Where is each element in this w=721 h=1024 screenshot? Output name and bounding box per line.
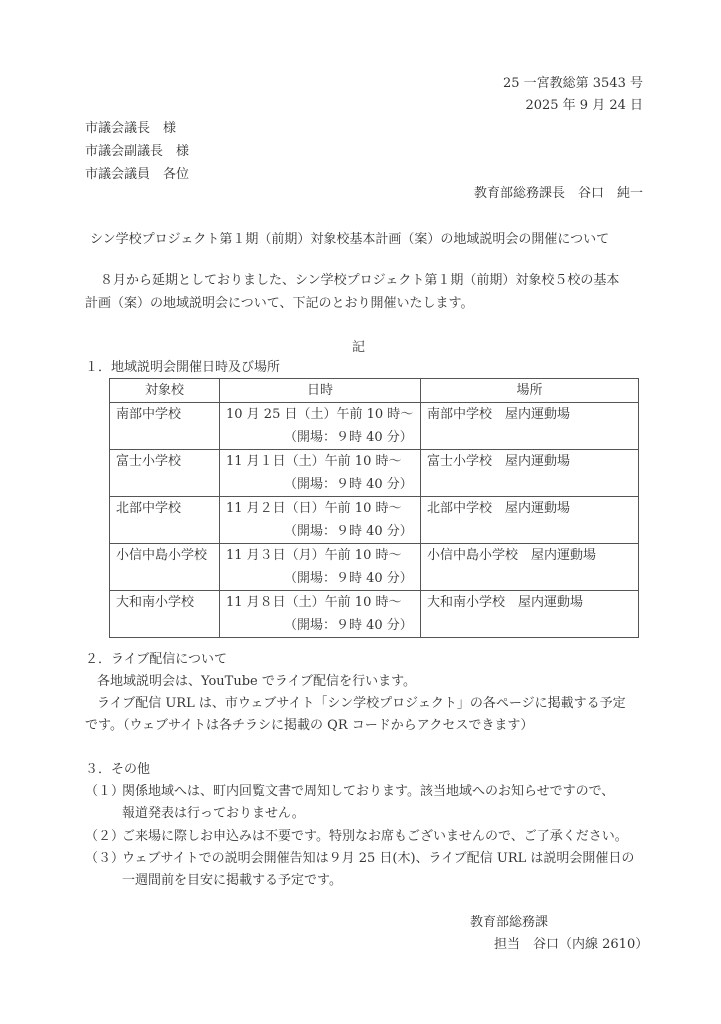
datetime-open: （開場：９時 40 分） — [226, 567, 414, 590]
cell-school: 大和南小学校 — [110, 591, 220, 638]
cell-place: 南部中学校 屋内運動場 — [421, 403, 639, 450]
section2-heading: ２．ライブ配信について — [85, 650, 227, 670]
cell-place: 北部中学校 屋内運動場 — [421, 497, 639, 544]
section2-line-2: ライブ配信 URL は、市ウェブサイト「シン学校プロジェクト」の各ページに掲載す… — [97, 694, 626, 714]
document-number: 25 一宮教総第 3543 号 — [503, 74, 643, 94]
section1-heading: １．地域説明会開催日時及び場所 — [85, 358, 280, 378]
cell-place: 富士小学校 屋内運動場 — [421, 450, 639, 497]
header-place: 場所 — [421, 379, 639, 403]
datetime-start: 11 月１日（土）午前 10 時～ — [226, 450, 414, 473]
cell-school: 小信中島小学校 — [110, 544, 220, 591]
section3-item-3-number: （３） — [85, 849, 124, 869]
section3-item-3-line-1: ウェブサイトでの説明会開催告知は９月 25 日(木)、ライブ配信 URL は説明… — [122, 849, 634, 869]
datetime-start: 11 月３日（月）午前 10 時～ — [226, 544, 414, 567]
datetime-open: （開場：９時 40 分） — [226, 614, 414, 637]
cell-datetime: 10 月 25 日（土）午前 10 時～ （開場：９時 40 分） — [220, 403, 421, 450]
datetime-start: 11 月８日（土）午前 10 時～ — [226, 591, 414, 614]
intro-line-1: ８月から延期としておりました、シン学校プロジェクト第１期（前期）対象校５校の基本 — [100, 271, 619, 291]
cell-datetime: 11 月８日（土）午前 10 時～ （開場：９時 40 分） — [220, 591, 421, 638]
section3-item-1-line-1: 関係地域へは、町内回覧文書で周知しております。該当地域へのお知らせですので、 — [122, 782, 614, 802]
cell-school: 富士小学校 — [110, 450, 220, 497]
footer-department: 教育部総務課 — [470, 913, 548, 933]
table-row: 南部中学校 10 月 25 日（土）午前 10 時～ （開場：９時 40 分） … — [110, 403, 639, 450]
section2-line-1: 各地域説明会は、YouTube でライブ配信を行います。 — [97, 672, 416, 692]
datetime-open: （開場：９時 40 分） — [226, 520, 414, 543]
datetime-start: 10 月 25 日（土）午前 10 時～ — [226, 403, 414, 426]
table-row: 大和南小学校 11 月８日（土）午前 10 時～ （開場：９時 40 分） 大和… — [110, 591, 639, 638]
section2-line-3: です。（ウェブサイトは各チラシに掲載の QR コードからアクセスできます） — [85, 716, 533, 736]
section3-item-1-number: （１） — [85, 782, 124, 802]
datetime-open: （開場：９時 40 分） — [226, 426, 414, 449]
datetime-start: 11 月２日（日）午前 10 時～ — [226, 497, 414, 520]
table-row: 富士小学校 11 月１日（土）午前 10 時～ （開場：９時 40 分） 富士小… — [110, 450, 639, 497]
addressee-vice-chair: 市議会副議長 様 — [85, 142, 189, 162]
addressee-chair: 市議会議長 様 — [85, 119, 176, 139]
table-row: 小信中島小学校 11 月３日（月）午前 10 時～ （開場：９時 40 分） 小… — [110, 544, 639, 591]
datetime-open: （開場：９時 40 分） — [226, 473, 414, 496]
cell-school: 北部中学校 — [110, 497, 220, 544]
section3-item-2-line-1: ご来場に際しお申込みは不要です。特別なお席もございませんので、ご了承ください。 — [122, 827, 628, 847]
table-header-row: 対象校 日時 場所 — [110, 379, 639, 403]
document-date: 2025 年 9 月 24 日 — [525, 96, 643, 116]
table-row: 北部中学校 11 月２日（日）午前 10 時～ （開場：９時 40 分） 北部中… — [110, 497, 639, 544]
document-title: シン学校プロジェクト第１期（前期）対象校基本計画（案）の地域説明会の開催について — [90, 230, 609, 250]
header-datetime: 日時 — [220, 379, 421, 403]
addressee-members: 市議会議員 各位 — [85, 165, 189, 185]
section3-item-1-line-2: 報道発表は行っておりません。 — [122, 804, 305, 824]
intro-line-2: 計画（案）の地域説明会について、下記のとおり開催いたします。 — [85, 294, 473, 314]
cell-school: 南部中学校 — [110, 403, 220, 450]
header-school: 対象校 — [110, 379, 220, 403]
section3-heading: ３．その他 — [85, 760, 150, 780]
cell-datetime: 11 月２日（日）午前 10 時～ （開場：９時 40 分） — [220, 497, 421, 544]
footer-contact: 担当 谷口（内線 2610） — [494, 935, 648, 955]
sender: 教育部総務課長 谷口 純一 — [474, 184, 643, 204]
cell-datetime: 11 月１日（土）午前 10 時～ （開場：９時 40 分） — [220, 450, 421, 497]
section3-item-3-line-2: 一週間前を目安に掲載する予定です。 — [122, 871, 342, 891]
cell-place: 小信中島小学校 屋内運動場 — [421, 544, 639, 591]
ki-heading: 記 — [352, 338, 365, 358]
schedule-table: 対象校 日時 場所 南部中学校 10 月 25 日（土）午前 10 時～ （開場… — [109, 378, 639, 638]
cell-place: 大和南小学校 屋内運動場 — [421, 591, 639, 638]
cell-datetime: 11 月３日（月）午前 10 時～ （開場：９時 40 分） — [220, 544, 421, 591]
section3-item-2-number: （２） — [85, 827, 124, 847]
